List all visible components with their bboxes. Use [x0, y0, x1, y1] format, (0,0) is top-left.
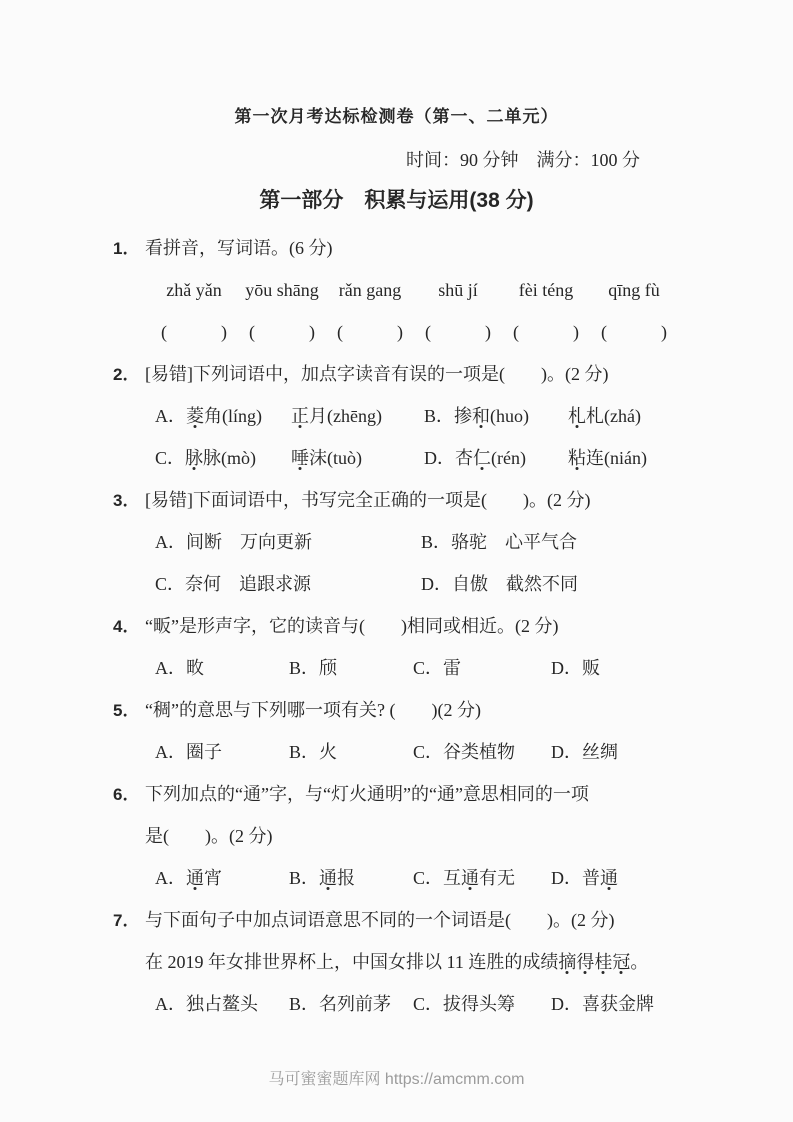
option-d: D．杏仁(rén): [424, 437, 568, 479]
option-b: B．颀: [289, 647, 413, 689]
option-c: C．互通有无: [413, 857, 551, 899]
option-c: C．拔得头筹: [413, 983, 551, 1025]
question-7-options: A．独占鳌头 B．名列前茅 C．拔得头筹 D．喜获金牌: [113, 983, 685, 1025]
question-4-text: “畈”是形声字，它的读音与( )相同或相近。(2 分): [145, 616, 558, 636]
questions-area: 1．看拼音，写词语。(6 分) zhǎ yǎn yōu shāng rǎn ga…: [113, 227, 685, 1025]
option-b-word-2: 札札(zhá): [568, 395, 685, 437]
option-b: B．骆驼 心平气合: [421, 521, 685, 563]
time-score-info: 时间：90 分钟 满分：100 分: [113, 146, 640, 172]
pinyin-item: yōu shāng: [238, 269, 326, 311]
watermark-site-link: 马可蜜蜜题库网 https://amcmm.com: [0, 1066, 793, 1089]
option-d: D．贩: [551, 647, 685, 689]
question-6-text-line1: 下列加点的“通”字，与“灯火通明”的“通”意思相同的一项: [145, 784, 589, 804]
pinyin-item: qīng fù: [590, 269, 678, 311]
question-6-text-line2: 是( )。(2 分): [113, 815, 685, 857]
error-prone-tag: [易错]: [145, 364, 193, 384]
option-d: D．丝绸: [551, 731, 685, 773]
question-1-text: 看拼音，写词语。(6 分): [145, 238, 333, 258]
question-2: 2．[易错]下列词语中，加点字读音有误的一项是( )。(2 分): [113, 353, 685, 395]
question-2-number: 2．: [113, 354, 145, 396]
option-c: C．奈何 追跟求源: [155, 563, 421, 605]
question-3: 3．[易错]下面词语中，书写完全正确的一项是( )。(2 分): [113, 479, 685, 521]
question-7-text: 与下面句子中加点词语意思不同的一个词语是( )。(2 分): [145, 910, 614, 930]
question-5-text: “稠”的意思与下列哪一项有关? ( )(2 分): [145, 700, 481, 720]
question-7-number: 7．: [113, 900, 145, 942]
question-1-pinyin-row: zhǎ yǎn yōu shāng rǎn gang shū jí fèi té…: [113, 269, 685, 311]
option-c: C．雷: [413, 647, 551, 689]
pinyin-item: fèi téng: [502, 269, 590, 311]
question-2-options-row-2: C．脉脉(mò) 唾沫(tuò) D．杏仁(rén) 粘连(nián): [113, 437, 685, 479]
option-c: C．脉脉(mò): [155, 437, 291, 479]
pinyin-item: rǎn gang: [326, 269, 414, 311]
option-b: B．名列前茅: [289, 983, 413, 1025]
answer-blank: ( ): [150, 311, 238, 353]
pinyin-item: shū jí: [414, 269, 502, 311]
option-d: D．自傲 截然不同: [421, 563, 685, 605]
question-4-number: 4．: [113, 606, 145, 648]
option-a: A．间断 万向更新: [155, 521, 421, 563]
answer-blank: ( ): [502, 311, 590, 353]
question-6: 6．下列加点的“通”字，与“灯火通明”的“通”意思相同的一项: [113, 773, 685, 815]
option-a: A．独占鳌头: [155, 983, 289, 1025]
paper-title: 第一次月考达标检测卷（第一、二单元）: [0, 102, 793, 127]
question-7-sentence: 在 2019 年女排世界杯上，中国女排以 11 连胜的成绩摘得桂冠。: [113, 941, 685, 983]
option-c-word-2: 唾沫(tuò): [291, 437, 424, 479]
option-a-word-2: 正月(zhēng): [291, 395, 424, 437]
answer-blank: ( ): [238, 311, 326, 353]
option-d-word-2: 粘连(nián): [568, 437, 685, 479]
question-2-text: 下列词语中，加点字读音有误的一项是( )。(2 分): [193, 364, 608, 384]
option-b: B．通报: [289, 857, 413, 899]
question-3-number: 3．: [113, 480, 145, 522]
question-5-number: 5．: [113, 690, 145, 732]
question-3-options-row-1: A．间断 万向更新 B．骆驼 心平气合: [113, 521, 685, 563]
option-a: A．畋: [155, 647, 289, 689]
question-4-options: A．畋 B．颀 C．雷 D．贩: [113, 647, 685, 689]
option-a: A．圈子: [155, 731, 289, 773]
exam-paper-page: 第一次月考达标检测卷（第一、二单元） 时间：90 分钟 满分：100 分 第一部…: [0, 0, 793, 1122]
question-7: 7．与下面句子中加点词语意思不同的一个词语是( )。(2 分): [113, 899, 685, 941]
answer-blank: ( ): [414, 311, 502, 353]
option-b: B．掺和(huo): [424, 395, 568, 437]
answer-blank: ( ): [326, 311, 414, 353]
option-c: C．谷类植物: [413, 731, 551, 773]
question-1-number: 1．: [113, 228, 145, 270]
option-d: D．喜获金牌: [551, 983, 685, 1025]
answer-blank: ( ): [590, 311, 678, 353]
question-3-options-row-2: C．奈何 追跟求源 D．自傲 截然不同: [113, 563, 685, 605]
question-1-blank-row: ( ) ( ) ( ) ( ) ( ) ( ): [113, 311, 685, 353]
question-1: 1．看拼音，写词语。(6 分): [113, 227, 685, 269]
question-6-options: A．通宵 B．通报 C．互通有无 D．普通: [113, 857, 685, 899]
option-d: D．普通: [551, 857, 685, 899]
section-heading: 第一部分 积累与运用(38 分): [0, 184, 793, 214]
option-a: A．通宵: [155, 857, 289, 899]
question-3-text: 下面词语中，书写完全正确的一项是( )。(2 分): [193, 490, 590, 510]
question-4: 4．“畈”是形声字，它的读音与( )相同或相近。(2 分): [113, 605, 685, 647]
error-prone-tag: [易错]: [145, 490, 193, 510]
pinyin-item: zhǎ yǎn: [150, 269, 238, 311]
question-2-options-row-1: A．菱角(líng) 正月(zhēng) B．掺和(huo) 札札(zhá): [113, 395, 685, 437]
option-a: A．菱角(líng): [155, 395, 291, 437]
question-5-options: A．圈子 B．火 C．谷类植物 D．丝绸: [113, 731, 685, 773]
question-5: 5．“稠”的意思与下列哪一项有关? ( )(2 分): [113, 689, 685, 731]
option-b: B．火: [289, 731, 413, 773]
question-6-number: 6．: [113, 774, 145, 816]
